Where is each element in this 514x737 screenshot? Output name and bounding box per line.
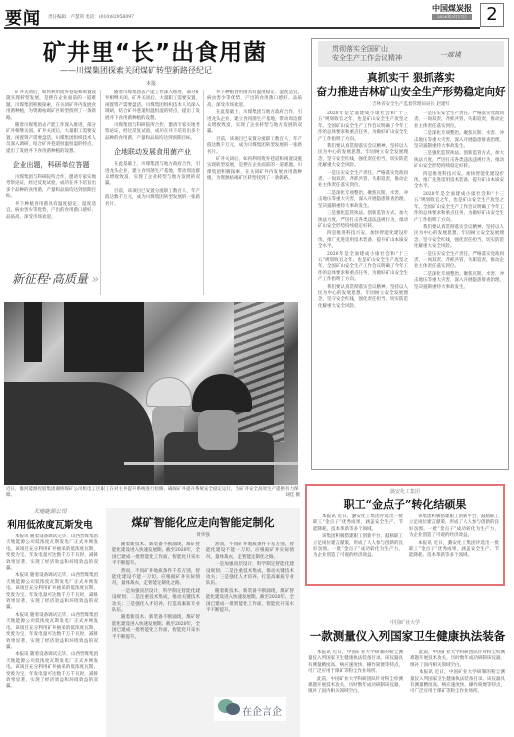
mid-column-1: 随着新技术、新装备不断涌现，煤矿智能化建设进入快速发展期。截至2020年，全国已… xyxy=(112,542,200,732)
masthead-rule xyxy=(4,27,480,29)
left-bottom-headline: 利用低浓度瓦斯发电 xyxy=(0,517,100,531)
paper-name: 中国煤炭报 xyxy=(432,3,472,14)
right-byline: 吉林省安全生产监督管理局局长 赵建红 xyxy=(312,101,510,107)
double-chevron-icon: » xyxy=(92,272,99,286)
lead-paragraph: 随着川煤集团去产能工作深入推进，部分矿井相继关闭。矿井关闭后，大量职工需要安置，… xyxy=(105,90,200,122)
slogan-text: 新征程·高质量 xyxy=(12,272,88,286)
speech-bubble-icon xyxy=(226,703,240,715)
column-divider xyxy=(203,90,204,295)
right-feature-box: 贯彻落实全国矿山 安全生产工作会议精神 一席谈 真抓实干 狠抓落实 奋力推进吉林… xyxy=(311,38,509,470)
editor-line: 责任编辑：卢慧剑 电话：(010)82956097 xyxy=(48,14,134,20)
slogan-banner: 新征程·高质量 » xyxy=(12,270,99,287)
red-box-column-2: 该集团积极搭建职工创新平台，鼓励职工立足岗位建言献策，形成了人人参与创新的良好氛… xyxy=(409,514,499,582)
lead-paragraph: 矿井关闭后，如何利用废弃巷道和闲置设施实现转型发展，是摆在企业面前的一道难题。川… xyxy=(6,90,96,122)
lead-paragraph: 矿井关闭后，如何利用废弃巷道和闲置设施实现转型发展，是摆在企业面前的一道难题。川… xyxy=(207,157,302,183)
right-headline: 真抓实干 狠抓落实 奋力推进吉林矿山安全生产形势稳定向好 xyxy=(312,71,510,99)
column-divider xyxy=(100,90,101,295)
lead-paragraph: 目前，该项目已安置分流职工数百人，年产值达数千万元，成为川煤集团转型发展的一张新… xyxy=(105,189,200,208)
lead-paragraph: 川煤集团与科研院所合作，邀请专家实地考察论证，经过反复试验，成功在井下培育出多个… xyxy=(105,123,200,142)
photo-credit: 刘佳 摄 xyxy=(285,493,300,499)
bottom-right-column-1: 本报讯 近日，中国矿业大学研制的粉尘测量仪入列国家卫生健康执法装备目录。该仪器具… xyxy=(308,650,403,735)
photo-caption: 近日，淮河能源控股集团谢桥煤矿公司机电工区职工在对主井提升系统进行检修，确保矿井… xyxy=(6,487,300,499)
lead-paragraph: 井下种植食用菌具有温度稳定、湿度适宜、病虫害少等优势，产出的食用菌口感好、品质高… xyxy=(6,202,96,221)
lead-subhead: ——川煤集团探索关闭煤矿转型新路径纪记 xyxy=(60,65,212,76)
mid-byline: 黄华强 xyxy=(106,532,300,538)
bottom-right-kicker: 中国矿业大学 xyxy=(305,619,505,626)
lead-paragraph: 目前，该项目已安置分流职工数百人，年产值达数千万元，成为川煤集团转型发展的一张新… xyxy=(207,137,302,156)
logo-text: 在企言企 xyxy=(242,703,282,718)
right-column-2: 一是压实安全生产责任。严格落实党政同责、一岗双责、齐抓共管、失职追责，推动企业主… xyxy=(414,111,504,466)
kicker-band: 贯彻落实全国矿山 安全生产工作会议精神 一席谈 xyxy=(318,41,504,67)
red-box-column-1: 本报讯 近日，潞安化工集团评选出一批职工“金点子”优秀成果，涵盖安全生产、节能降… xyxy=(313,514,403,582)
mid-column-2: 然而，不同矿井地质条件千差万别，智能化建设不能一刀切。应根据矿井实际情况，量体裁… xyxy=(206,542,294,692)
lead-paragraph: 井下种植食用菌具有温度稳定、湿度适宜、病虫害少等优势，产出的食用菌口感好、品质高… xyxy=(207,90,302,109)
lead-column-2: 随着川煤集团去产能工作深入推进，部分矿井相继关闭。矿井关闭后，大量职工需要安置，… xyxy=(105,90,200,295)
bottom-right-headline: 一款测量仪入列国家卫生健康执法装备 xyxy=(305,628,510,644)
lead-column-3: 井下种植食用菌具有温度稳定、湿度适宜、病虫害少等优势，产出的食用菌口感好、品质高… xyxy=(207,90,302,295)
bottom-right-column-2: 此前，中国矿业大学科研团队针对粉尘检测难题开展技术攻关，历时数年成功研制该仪器，… xyxy=(410,650,505,735)
kicker-tag: 一席谈 xyxy=(440,50,461,60)
lead-section-2: 企地联动发展食用菌产业 xyxy=(105,147,200,157)
red-box-kicker: 潞安化工集团 xyxy=(307,488,503,495)
highlighted-story-box[interactable]: 潞安化工集团 职工“金点子”转化结硕果 本报讯 近日，潞安化工集团评选出一批职工… xyxy=(305,484,505,586)
lead-paragraph: 在此基础上，川煤集团与地方政府合作，引进龙头企业，建立食用菌生产基地，带动周边群… xyxy=(105,162,200,188)
paper-date: 2020年3月17日 xyxy=(432,14,472,20)
lead-byline: 本报 xyxy=(146,80,156,87)
section-name: 要闻 xyxy=(5,4,41,29)
lead-paragraph: 随着川煤集团去产能工作深入推进，部分矿井相继关闭。矿井关闭后，大量职工需要安置，… xyxy=(6,123,96,155)
lead-paragraph: 在此基础上，川煤集团与地方政府合作，引进龙头企业，建立食用菌生产基地，带动周边群… xyxy=(207,110,302,136)
red-box-headline: 职工“金点子”转化结硕果 xyxy=(307,496,503,512)
lead-column-1: 矿井关闭后，如何利用废弃巷道和闲置设施实现转型发展，是摆在企业面前的一道难题。川… xyxy=(6,90,96,265)
hard-hat-white xyxy=(146,377,192,407)
left-bottom-column: 本报讯 随着设备调试完毕，山西晋煤集团天地能源公司低浓度瓦斯发电厂正式并网发电。… xyxy=(6,534,98,734)
page-number: 2 xyxy=(480,3,504,27)
mid-headline: 煤矿智能化应走向智能定制化 xyxy=(106,514,300,530)
caption-text: 近日，淮河能源控股集团谢桥煤矿公司机电工区职工在对主井提升系统进行检修，确保矿井… xyxy=(6,487,299,498)
news-photo xyxy=(4,302,298,485)
lead-paragraph: 川煤集团与科研院所合作，邀请专家实地考察论证，经过反复试验，成功在井下培育出多个… xyxy=(6,175,96,201)
kicker-text: 贯彻落实全国矿山 安全生产工作会议精神 xyxy=(332,45,402,63)
column-logo: 在企言企 xyxy=(214,697,286,721)
lead-section-1: 企业出题，科研单位答题 xyxy=(6,160,96,170)
lead-headline: 矿井里“长”出食用菌 xyxy=(0,34,310,67)
left-bottom-kicker: 天地能源公司 xyxy=(0,507,100,515)
right-column-1: 2020年是全面建成小康社会和“十三五”规划收官之年，也是矿山安全生产攻坚之年。… xyxy=(318,111,408,466)
masthead: 要闻 责任编辑：卢慧剑 电话：(010)82956097 中国煤炭报 2020年… xyxy=(0,0,514,32)
